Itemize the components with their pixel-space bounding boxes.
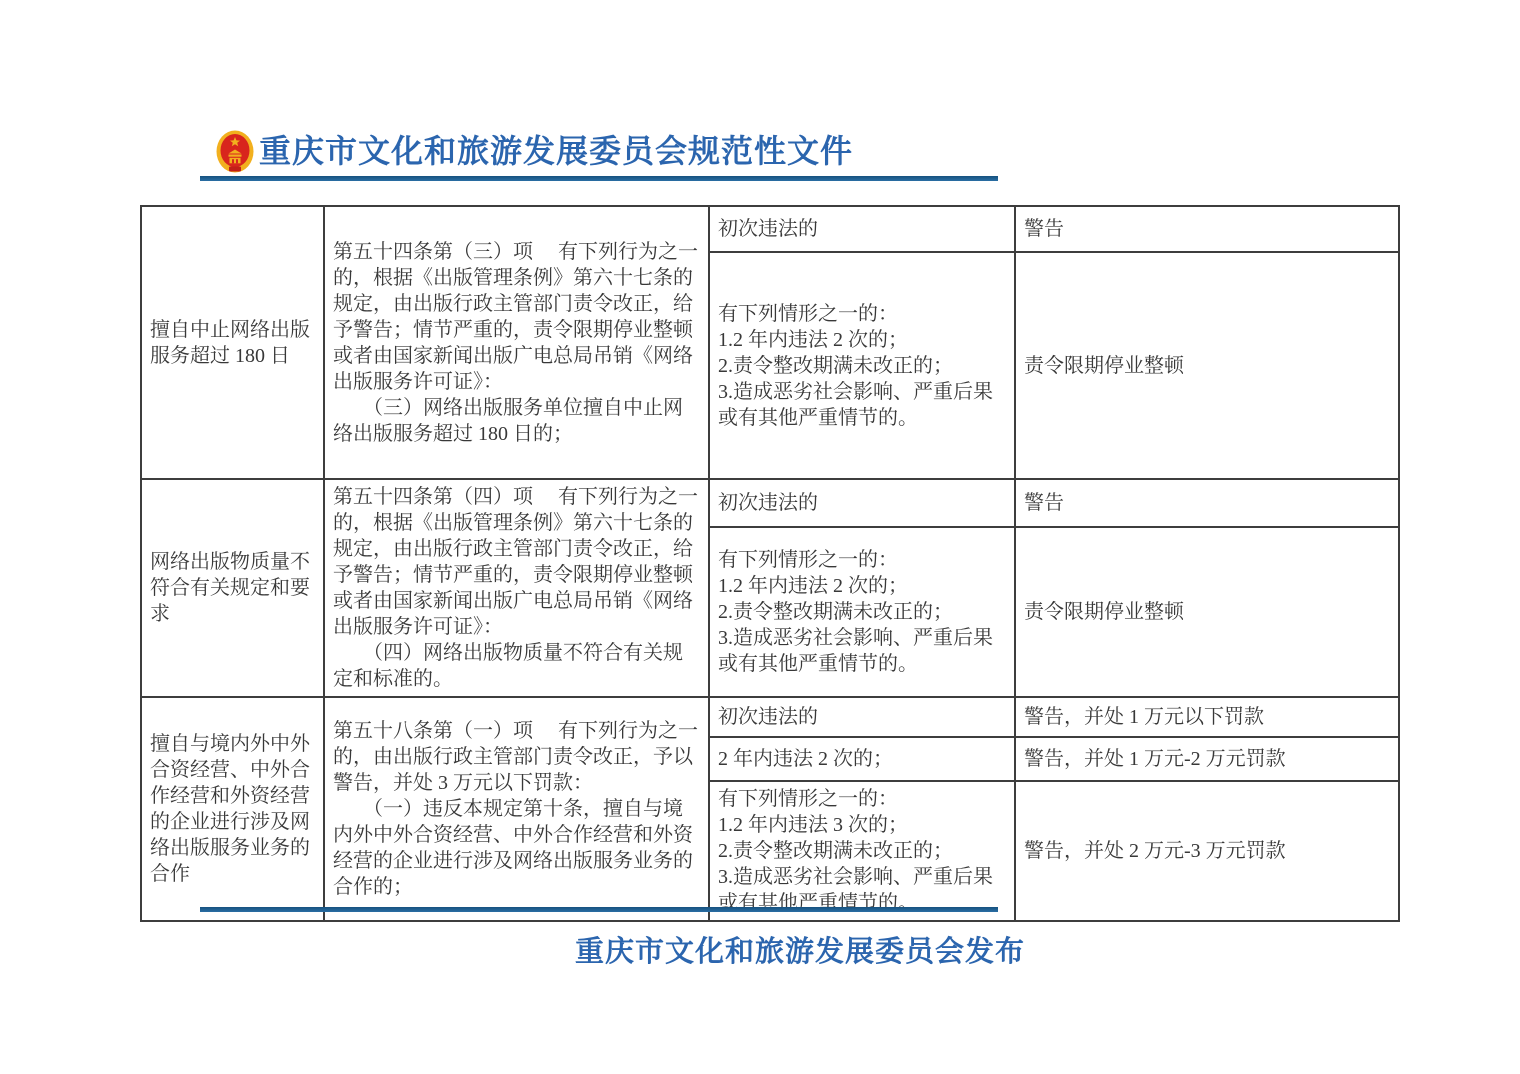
table-row: 网络出版物质量不符合有关规定和要求 第五十四条第（四）项 有下列行为之一的，根据… — [141, 479, 1399, 527]
national-emblem-icon — [216, 130, 254, 173]
violation-cell: 擅自与境内外中外合资经营、中外合作经营和外资经营的企业进行涉及网络出版服务业务的… — [141, 697, 324, 921]
penalty-cell: 责令限期停业整顿 — [1015, 252, 1399, 479]
penalty-cell: 警告 — [1015, 479, 1399, 527]
penalty-table: 擅自中止网络出版服务超过 180 日 第五十四条第（三）项 有下列行为之一的，根… — [140, 205, 1400, 922]
table-row: 擅自与境内外中外合资经营、中外合作经营和外资经营的企业进行涉及网络出版服务业务的… — [141, 697, 1399, 737]
penalty-cell: 警告，并处 2 万元-3 万元罚款 — [1015, 781, 1399, 921]
circumstance-cell: 有下列情形之一的： 1.2 年内违法 2 次的； 2.责令整改期满未改正的； 3… — [709, 527, 1015, 697]
legal-basis-cell: 第五十四条第（三）项 有下列行为之一的，根据《出版管理条例》第六十七条的规定，由… — [324, 206, 709, 479]
legal-basis-cell: 第五十八条第（一）项 有下列行为之一的，由出版行政主管部门责令改正，予以警告，并… — [324, 697, 709, 921]
circumstance-cell: 有下列情形之一的： 1.2 年内违法 3 次的； 2.责令整改期满未改正的； 3… — [709, 781, 1015, 921]
page-title: 重庆市文化和旅游发展委员会规范性文件 — [259, 130, 853, 173]
violation-cell: 擅自中止网络出版服务超过 180 日 — [141, 206, 324, 479]
penalty-cell: 警告，并处 1 万元-2 万元罚款 — [1015, 737, 1399, 781]
circumstance-cell: 初次违法的 — [709, 206, 1015, 252]
circumstance-cell: 初次违法的 — [709, 697, 1015, 737]
circumstance-cell: 2 年内违法 2 次的； — [709, 737, 1015, 781]
footer-rule — [200, 907, 998, 912]
violation-cell: 网络出版物质量不符合有关规定和要求 — [141, 479, 324, 697]
document-header: 重庆市文化和旅游发展委员会规范性文件 — [216, 130, 853, 173]
penalty-cell: 警告，并处 1 万元以下罚款 — [1015, 697, 1399, 737]
penalty-cell: 责令限期停业整顿 — [1015, 527, 1399, 697]
legal-basis-cell: 第五十四条第（四）项 有下列行为之一的，根据《出版管理条例》第六十七条的规定，由… — [324, 479, 709, 697]
penalty-cell: 警告 — [1015, 206, 1399, 252]
publisher-line: 重庆市文化和旅游发展委员会发布 — [400, 929, 1200, 970]
circumstance-cell: 有下列情形之一的： 1.2 年内违法 2 次的； 2.责令整改期满未改正的； 3… — [709, 252, 1015, 479]
table-row: 擅自中止网络出版服务超过 180 日 第五十四条第（三）项 有下列行为之一的，根… — [141, 206, 1399, 252]
document-page: 重庆市文化和旅游发展委员会规范性文件 擅自中止网络出版服务超过 180 日 第五… — [0, 0, 1520, 1074]
header-rule — [200, 176, 998, 181]
circumstance-cell: 初次违法的 — [709, 479, 1015, 527]
